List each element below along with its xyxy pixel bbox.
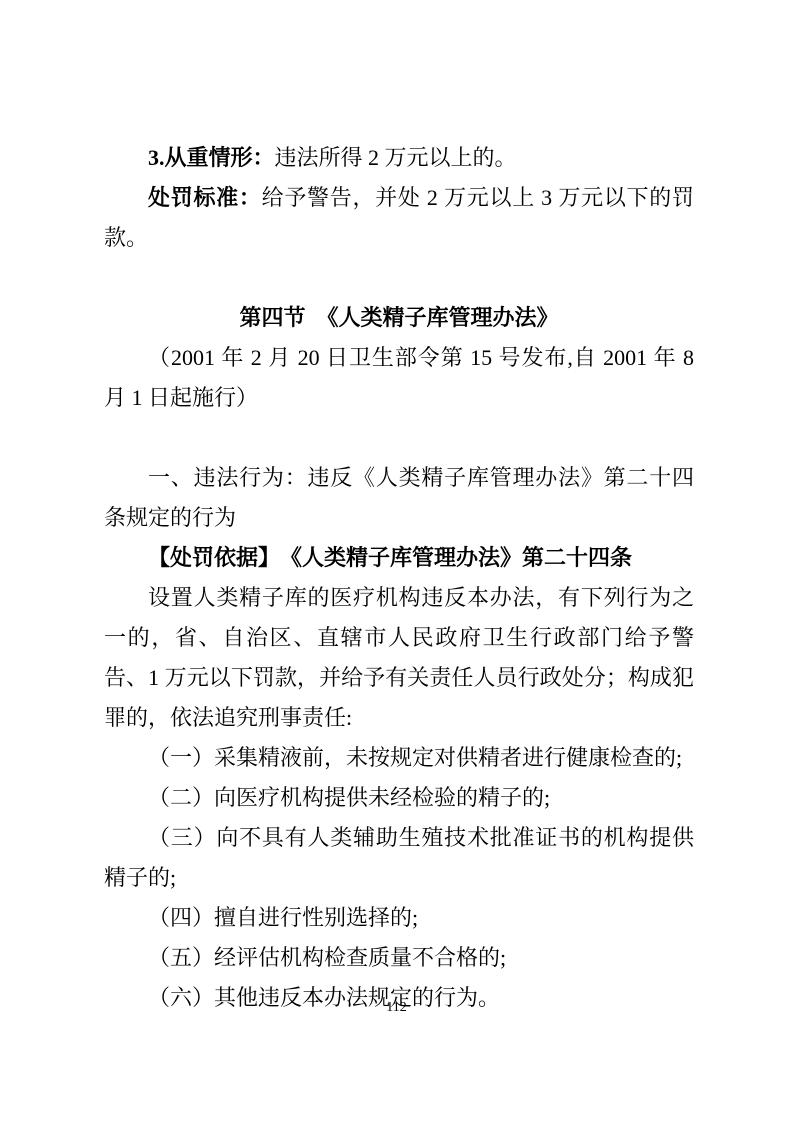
paragraph-penalty-standard: 处罚标准：给予警告，并处 2 万元以上 3 万元以下的罚款。 bbox=[104, 178, 694, 258]
paragraph-aggravating-circumstance: 3.从重情形：违法所得 2 万元以上的。 bbox=[104, 138, 694, 178]
document-content: 3.从重情形：违法所得 2 万元以上的。 处罚标准：给予警告，并处 2 万元以上… bbox=[104, 138, 694, 1018]
page-number: 112 bbox=[0, 998, 793, 1018]
aggravating-label: 3.从重情形： bbox=[148, 145, 275, 170]
aggravating-text: 违法所得 2 万元以上的。 bbox=[275, 145, 517, 170]
section-heading: 第四节 《人类精子库管理办法》 bbox=[104, 298, 694, 338]
document-page: 3.从重情形：违法所得 2 万元以上的。 处罚标准：给予警告，并处 2 万元以上… bbox=[0, 0, 793, 1122]
list-item-1: （一）采集精液前，未按规定对供精者进行健康检查的; bbox=[104, 738, 694, 778]
penalty-standard-label: 处罚标准： bbox=[148, 185, 262, 210]
list-item-3: （三）向不具有人类辅助生殖技术批准证书的机构提供精子的; bbox=[104, 818, 694, 898]
list-item-2: （二）向医疗机构提供未经检验的精子的; bbox=[104, 778, 694, 818]
list-item-4: （四）擅自进行性别选择的; bbox=[104, 898, 694, 938]
paragraph-violation-heading: 一、违法行为：违反《人类精子库管理办法》第二十四条规定的行为 bbox=[104, 458, 694, 538]
paragraph-promulgation: （2001 年 2 月 20 日卫生部令第 15 号发布,自 2001 年 8 … bbox=[104, 338, 694, 418]
list-item-5: （五）经评估机构检查质量不合格的; bbox=[104, 938, 694, 978]
paragraph-penalty-basis: 【处罚依据】 《人类精子库管理办法》第二十四条 bbox=[104, 538, 694, 578]
paragraph-article-body: 设置人类精子库的医疗机构违反本办法，有下列行为之一的，省、自治区、直辖市人民政府… bbox=[104, 578, 694, 738]
